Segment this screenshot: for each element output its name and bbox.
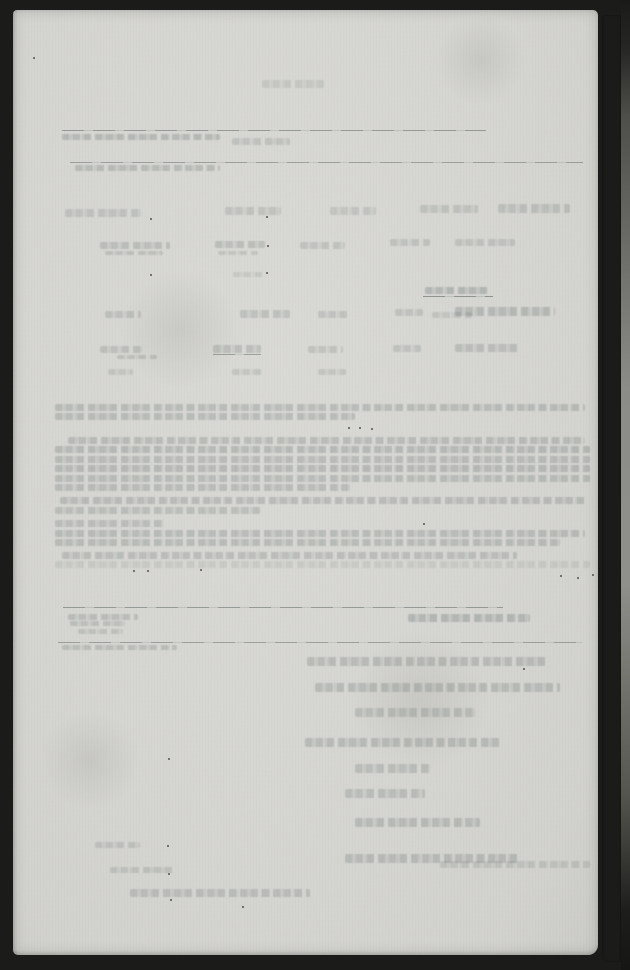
faded-text-smudge: [55, 413, 355, 420]
faded-text-smudge: [55, 507, 260, 514]
faded-text-smudge: [408, 614, 530, 622]
faded-text-smudge: [55, 561, 590, 568]
faded-text-smudge: [232, 138, 290, 145]
faded-text-smudge: [300, 242, 345, 249]
faded-text-smudge: [393, 345, 421, 352]
ink-speck: [33, 57, 35, 59]
faded-text-smudge: [105, 251, 163, 255]
faded-text-smudge: [455, 239, 515, 246]
faint-rule: [70, 162, 583, 163]
faded-text-smudge: [232, 369, 262, 375]
faded-text-smudge: [240, 310, 290, 318]
faded-text-smudge: [215, 241, 265, 248]
ink-speck: [423, 523, 425, 525]
faded-text-smudge: [105, 311, 141, 318]
faded-text-smudge: [62, 552, 517, 559]
faded-text-smudge: [262, 80, 324, 88]
ink-speck: [167, 845, 169, 847]
ink-speck: [242, 906, 244, 908]
faded-text-smudge: [55, 520, 165, 527]
faded-text-smudge: [55, 475, 590, 482]
faded-text-smudge: [55, 465, 590, 472]
faded-text-smudge: [425, 287, 491, 294]
faded-text-smudge: [55, 456, 590, 463]
faded-text-smudge: [420, 205, 478, 213]
faint-rule: [62, 130, 486, 131]
ink-speck: [348, 427, 350, 429]
ink-speck: [150, 274, 152, 276]
faded-text-smudge: [455, 307, 555, 316]
faded-text-smudge: [130, 889, 310, 897]
ink-speck: [147, 570, 149, 572]
faded-text-smudge: [345, 789, 425, 798]
faded-text-smudge: [55, 539, 560, 546]
faded-text-smudge: [68, 614, 138, 620]
faded-text-smudge: [68, 437, 585, 444]
faded-text-smudge: [55, 446, 590, 453]
ink-speck: [371, 428, 373, 430]
faded-text-smudge: [318, 369, 346, 375]
faded-text-smudge: [110, 867, 175, 873]
faint-rule: [213, 354, 261, 355]
ink-speck: [592, 574, 594, 576]
faded-text-smudge: [55, 484, 350, 491]
faded-text-smudge: [65, 209, 141, 217]
faded-text-smudge: [330, 207, 376, 215]
ink-speck: [560, 575, 562, 577]
book-page: [13, 10, 598, 955]
faded-text-smudge: [440, 861, 590, 868]
faint-rule: [58, 642, 583, 643]
scan-frame: [0, 0, 630, 970]
ink-speck: [267, 245, 269, 247]
faded-text-smudge: [318, 311, 348, 318]
ink-speck: [170, 899, 172, 901]
faded-text-smudge: [60, 497, 585, 504]
ink-speck: [266, 272, 268, 274]
faded-text-smudge: [75, 165, 220, 171]
ink-speck: [266, 216, 268, 218]
faded-text-smudge: [62, 134, 220, 140]
faded-text-smudge: [213, 345, 261, 353]
faded-text-smudge: [307, 657, 547, 666]
faded-text-smudge: [455, 344, 520, 352]
faded-text-smudge: [100, 242, 170, 249]
ink-speck: [200, 569, 202, 571]
faded-text-smudge: [55, 404, 585, 411]
faded-text-smudge: [100, 346, 142, 353]
ink-speck: [168, 873, 170, 875]
faded-text-smudge: [355, 818, 480, 827]
faded-text-smudge: [315, 683, 560, 692]
faded-text-smudge: [225, 207, 281, 215]
faded-text-smudge: [108, 369, 133, 375]
page-stack-edge: [621, 0, 630, 970]
faded-text-smudge: [218, 251, 258, 255]
faded-text-smudge: [95, 842, 140, 848]
ink-speck: [133, 570, 135, 572]
faded-text-smudge: [305, 738, 500, 747]
ink-speck: [168, 758, 170, 760]
faded-text-smudge: [355, 708, 475, 717]
faint-rule: [423, 296, 493, 297]
ink-speck: [577, 577, 579, 579]
faded-text-smudge: [395, 309, 423, 316]
faded-text-smudge: [498, 204, 570, 213]
faded-text-smudge: [355, 764, 430, 773]
ink-speck: [359, 427, 361, 429]
faded-text-smudge: [55, 530, 585, 537]
ink-speck: [523, 668, 525, 670]
faded-text-smudge: [308, 346, 343, 353]
adjacent-page-edge: [602, 15, 621, 962]
faded-text-smudge: [78, 629, 123, 634]
faded-text-smudge: [62, 645, 177, 650]
ink-speck: [150, 218, 152, 220]
faded-text-smudge: [70, 621, 125, 626]
faded-text-smudge: [233, 272, 265, 277]
faint-rule: [63, 607, 503, 608]
faded-text-smudge: [390, 239, 430, 246]
faded-text-smudge: [117, 355, 157, 359]
